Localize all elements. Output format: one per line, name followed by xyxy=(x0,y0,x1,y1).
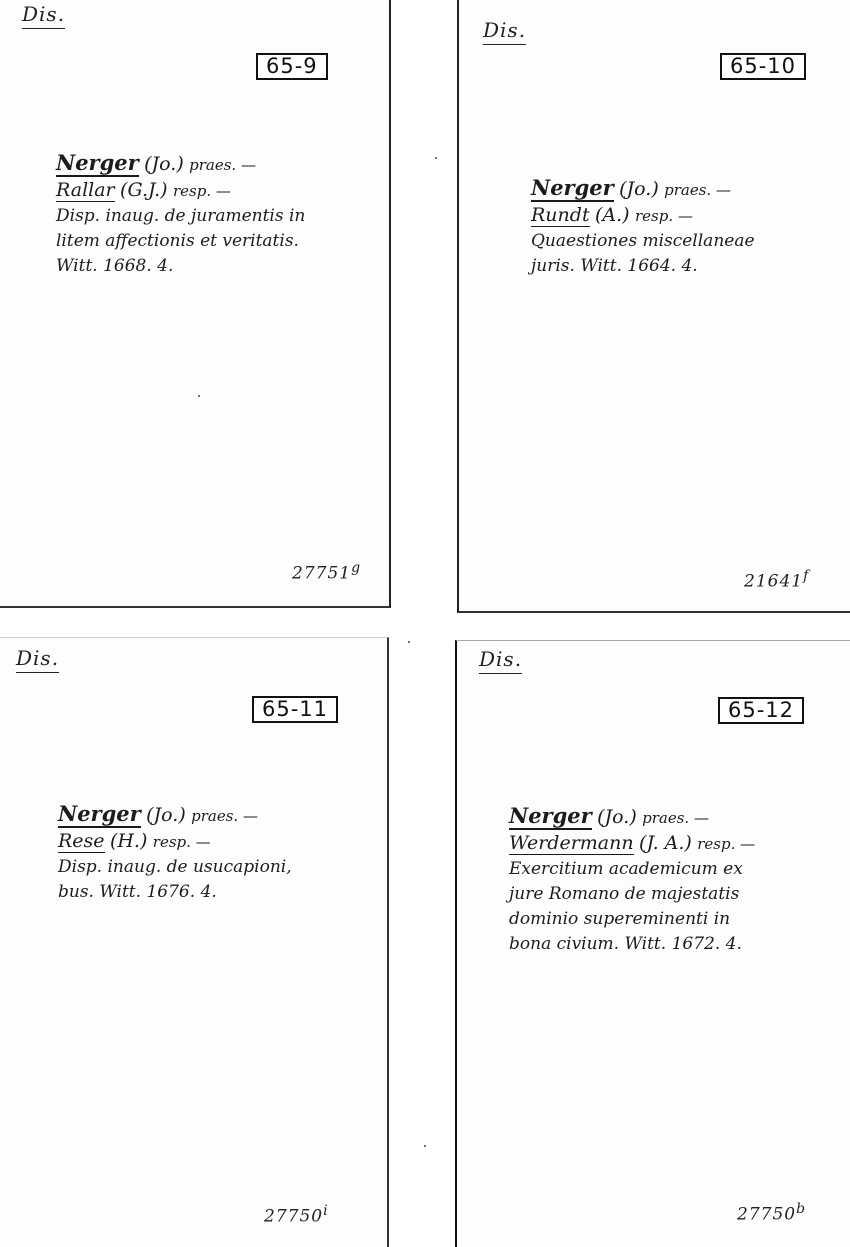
respondent-name: Werdermann xyxy=(509,832,634,855)
praeses-initials: (Jo.) xyxy=(144,153,184,175)
title-line: dominio supereminenti in xyxy=(509,907,755,932)
accession-value: 27751 xyxy=(292,564,351,584)
accession-value: 27750 xyxy=(737,1205,796,1225)
respondent-name: Rundt xyxy=(531,204,590,227)
accession-suffix: f xyxy=(803,568,809,584)
title-line: jure Romano de majestatis xyxy=(509,882,755,907)
accession-number: 21641f xyxy=(744,568,809,592)
praeses-initials: (Jo.) xyxy=(597,806,637,828)
title-line: bona civium. Witt. 1672. 4. xyxy=(509,932,755,957)
catalog-entry: Nerger (Jo.) praes. — Rallar (G.J.) resp… xyxy=(56,150,305,279)
praeses-name: Nerger xyxy=(56,150,139,177)
respondent-initials: (H.) xyxy=(110,830,147,852)
respondent-role: resp. — xyxy=(173,182,231,200)
title-line: bus. Witt. 1676. 4. xyxy=(58,880,292,905)
scan-speck xyxy=(198,395,200,397)
respondent-name: Rallar xyxy=(56,179,115,202)
accession-suffix: g xyxy=(351,560,361,576)
praeses-role: praes. — xyxy=(664,181,731,199)
accession-number: 27751g xyxy=(292,560,361,584)
praeses-name: Nerger xyxy=(58,801,141,828)
dissertation-mark: Dis. xyxy=(16,646,59,673)
dissertation-mark: Dis. xyxy=(22,2,65,29)
title-line: Witt. 1668. 4. xyxy=(56,254,305,279)
title-line: Disp. inaug. de juramentis in xyxy=(56,204,305,229)
respondent-role: resp. — xyxy=(153,833,211,851)
title-line: Disp. inaug. de usucapioni, xyxy=(58,855,292,880)
accession-value: 27750 xyxy=(264,1207,323,1227)
dissertation-mark: Dis. xyxy=(479,647,522,674)
catalog-card-65-11: Dis. 65-11 Nerger (Jo.) praes. — Rese (H… xyxy=(0,637,389,1247)
praeses-initials: (Jo.) xyxy=(146,804,186,826)
catalog-card-65-12: Dis. 65-12 Nerger (Jo.) praes. — Werderm… xyxy=(455,640,850,1247)
accession-suffix: i xyxy=(323,1203,328,1219)
praeses-role: praes. — xyxy=(189,156,256,174)
catalog-card-65-10: Dis. 65-10 Nerger (Jo.) praes. — Rundt (… xyxy=(457,0,850,613)
respondent-role: resp. — xyxy=(697,835,755,853)
title-line: juris. Witt. 1664. 4. xyxy=(531,254,755,279)
catalog-entry: Nerger (Jo.) praes. — Rese (H.) resp. — … xyxy=(58,801,292,905)
accession-number: 27750b xyxy=(737,1201,806,1225)
respondent-initials: (G.J.) xyxy=(120,179,168,201)
shelfmark: 65-10 xyxy=(720,53,806,80)
shelfmark: 65-12 xyxy=(718,697,804,724)
scan-speck xyxy=(424,1145,426,1147)
respondent-initials: (A.) xyxy=(595,204,630,226)
title-line: litem affectionis et veritatis. xyxy=(56,229,305,254)
catalog-card-65-9: Dis. 65-9 Nerger (Jo.) praes. — Rallar (… xyxy=(0,0,391,608)
scan-speck xyxy=(408,641,410,643)
accession-number: 27750i xyxy=(264,1203,329,1227)
scan-speck xyxy=(435,157,437,159)
respondent-role: resp. — xyxy=(635,207,693,225)
catalog-entry: Nerger (Jo.) praes. — Rundt (A.) resp. —… xyxy=(531,175,755,279)
dissertation-mark: Dis. xyxy=(483,18,526,45)
title-line: Quaestiones miscellaneae xyxy=(531,229,755,254)
praeses-name: Nerger xyxy=(531,175,614,202)
shelfmark: 65-9 xyxy=(256,53,328,80)
title-line: Exercitium academicum ex xyxy=(509,857,755,882)
praeses-role: praes. — xyxy=(191,807,258,825)
accession-value: 21641 xyxy=(744,572,803,592)
praeses-role: praes. — xyxy=(642,809,709,827)
praeses-name: Nerger xyxy=(509,803,592,830)
respondent-initials: (J. A.) xyxy=(639,832,692,854)
respondent-name: Rese xyxy=(58,830,105,853)
shelfmark: 65-11 xyxy=(252,696,338,723)
catalog-entry: Nerger (Jo.) praes. — Werdermann (J. A.)… xyxy=(509,803,755,957)
praeses-initials: (Jo.) xyxy=(619,178,659,200)
accession-suffix: b xyxy=(796,1201,806,1217)
